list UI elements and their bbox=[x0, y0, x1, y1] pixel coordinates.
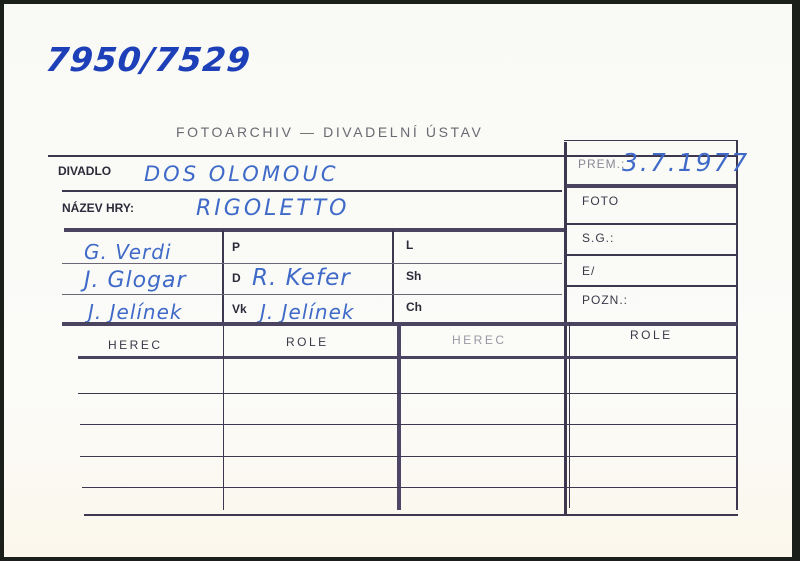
nazev-row-line bbox=[64, 228, 564, 232]
foto-line bbox=[566, 223, 736, 225]
divadlo-label: DIVADLO bbox=[58, 164, 111, 178]
table-col-divider-1 bbox=[223, 326, 224, 510]
vk-label: Vk bbox=[232, 302, 247, 316]
table-row-line bbox=[80, 424, 736, 425]
table-row-line bbox=[78, 393, 736, 394]
nazev-value: RIGOLETTO bbox=[196, 196, 350, 221]
table-bottom-line bbox=[84, 514, 738, 516]
vk-value: J. Jelínek bbox=[260, 300, 355, 324]
credits-col-divider-2 bbox=[392, 230, 394, 326]
credits-row-line-2 bbox=[62, 294, 562, 295]
sh-label: Sh bbox=[406, 269, 421, 283]
p-label: P bbox=[232, 240, 240, 254]
d-label: D bbox=[232, 271, 241, 285]
table-row-line bbox=[80, 456, 736, 457]
divadlo-value: DOS OLOMOUC bbox=[144, 162, 339, 186]
l-label: L bbox=[406, 238, 413, 252]
premiera-label: PREM.: bbox=[578, 157, 625, 171]
sg-line bbox=[566, 254, 736, 256]
right-panel-left-border bbox=[564, 142, 567, 514]
header-herec-1: HEREC bbox=[108, 338, 163, 352]
header-role-1: ROLE bbox=[286, 335, 329, 349]
left-third-value: J. Jelínek bbox=[88, 300, 183, 324]
table-header-line bbox=[78, 356, 738, 359]
stamp-title: FOTOARCHIV — DIVADELNÍ ÚSTAV bbox=[176, 124, 483, 140]
inventory-number: 7950/7529 bbox=[44, 40, 253, 79]
sg-label: S.G.: bbox=[582, 231, 614, 245]
premiera-value: 3.7.1977 bbox=[622, 148, 749, 177]
table-row-line bbox=[82, 487, 736, 488]
author-value: G. Verdi bbox=[84, 240, 172, 264]
nazev-label: NÁZEV HRY: bbox=[62, 201, 134, 215]
pozn-label: POZN.: bbox=[582, 293, 628, 307]
ch-label: Ch bbox=[406, 300, 422, 314]
director-value: R. Kefer bbox=[252, 265, 351, 291]
right-panel-top-line bbox=[564, 140, 738, 141]
divadlo-row-line bbox=[62, 190, 562, 192]
archive-card: 7950/7529 FOTOARCHIV — DIVADELNÍ ÚSTAV D… bbox=[4, 4, 792, 557]
table-col-divider-2 bbox=[397, 322, 401, 510]
e-label: E/ bbox=[582, 264, 595, 278]
translator-value: J. Glogar bbox=[84, 268, 187, 293]
e-line bbox=[566, 285, 736, 287]
table-col-divider-3 bbox=[569, 322, 570, 508]
premiera-line bbox=[566, 184, 736, 188]
foto-label: FOTO bbox=[582, 194, 619, 208]
header-role-2: ROLE bbox=[630, 328, 673, 342]
header-herec-2: HEREC bbox=[452, 333, 507, 347]
credits-col-divider-1 bbox=[222, 230, 224, 326]
